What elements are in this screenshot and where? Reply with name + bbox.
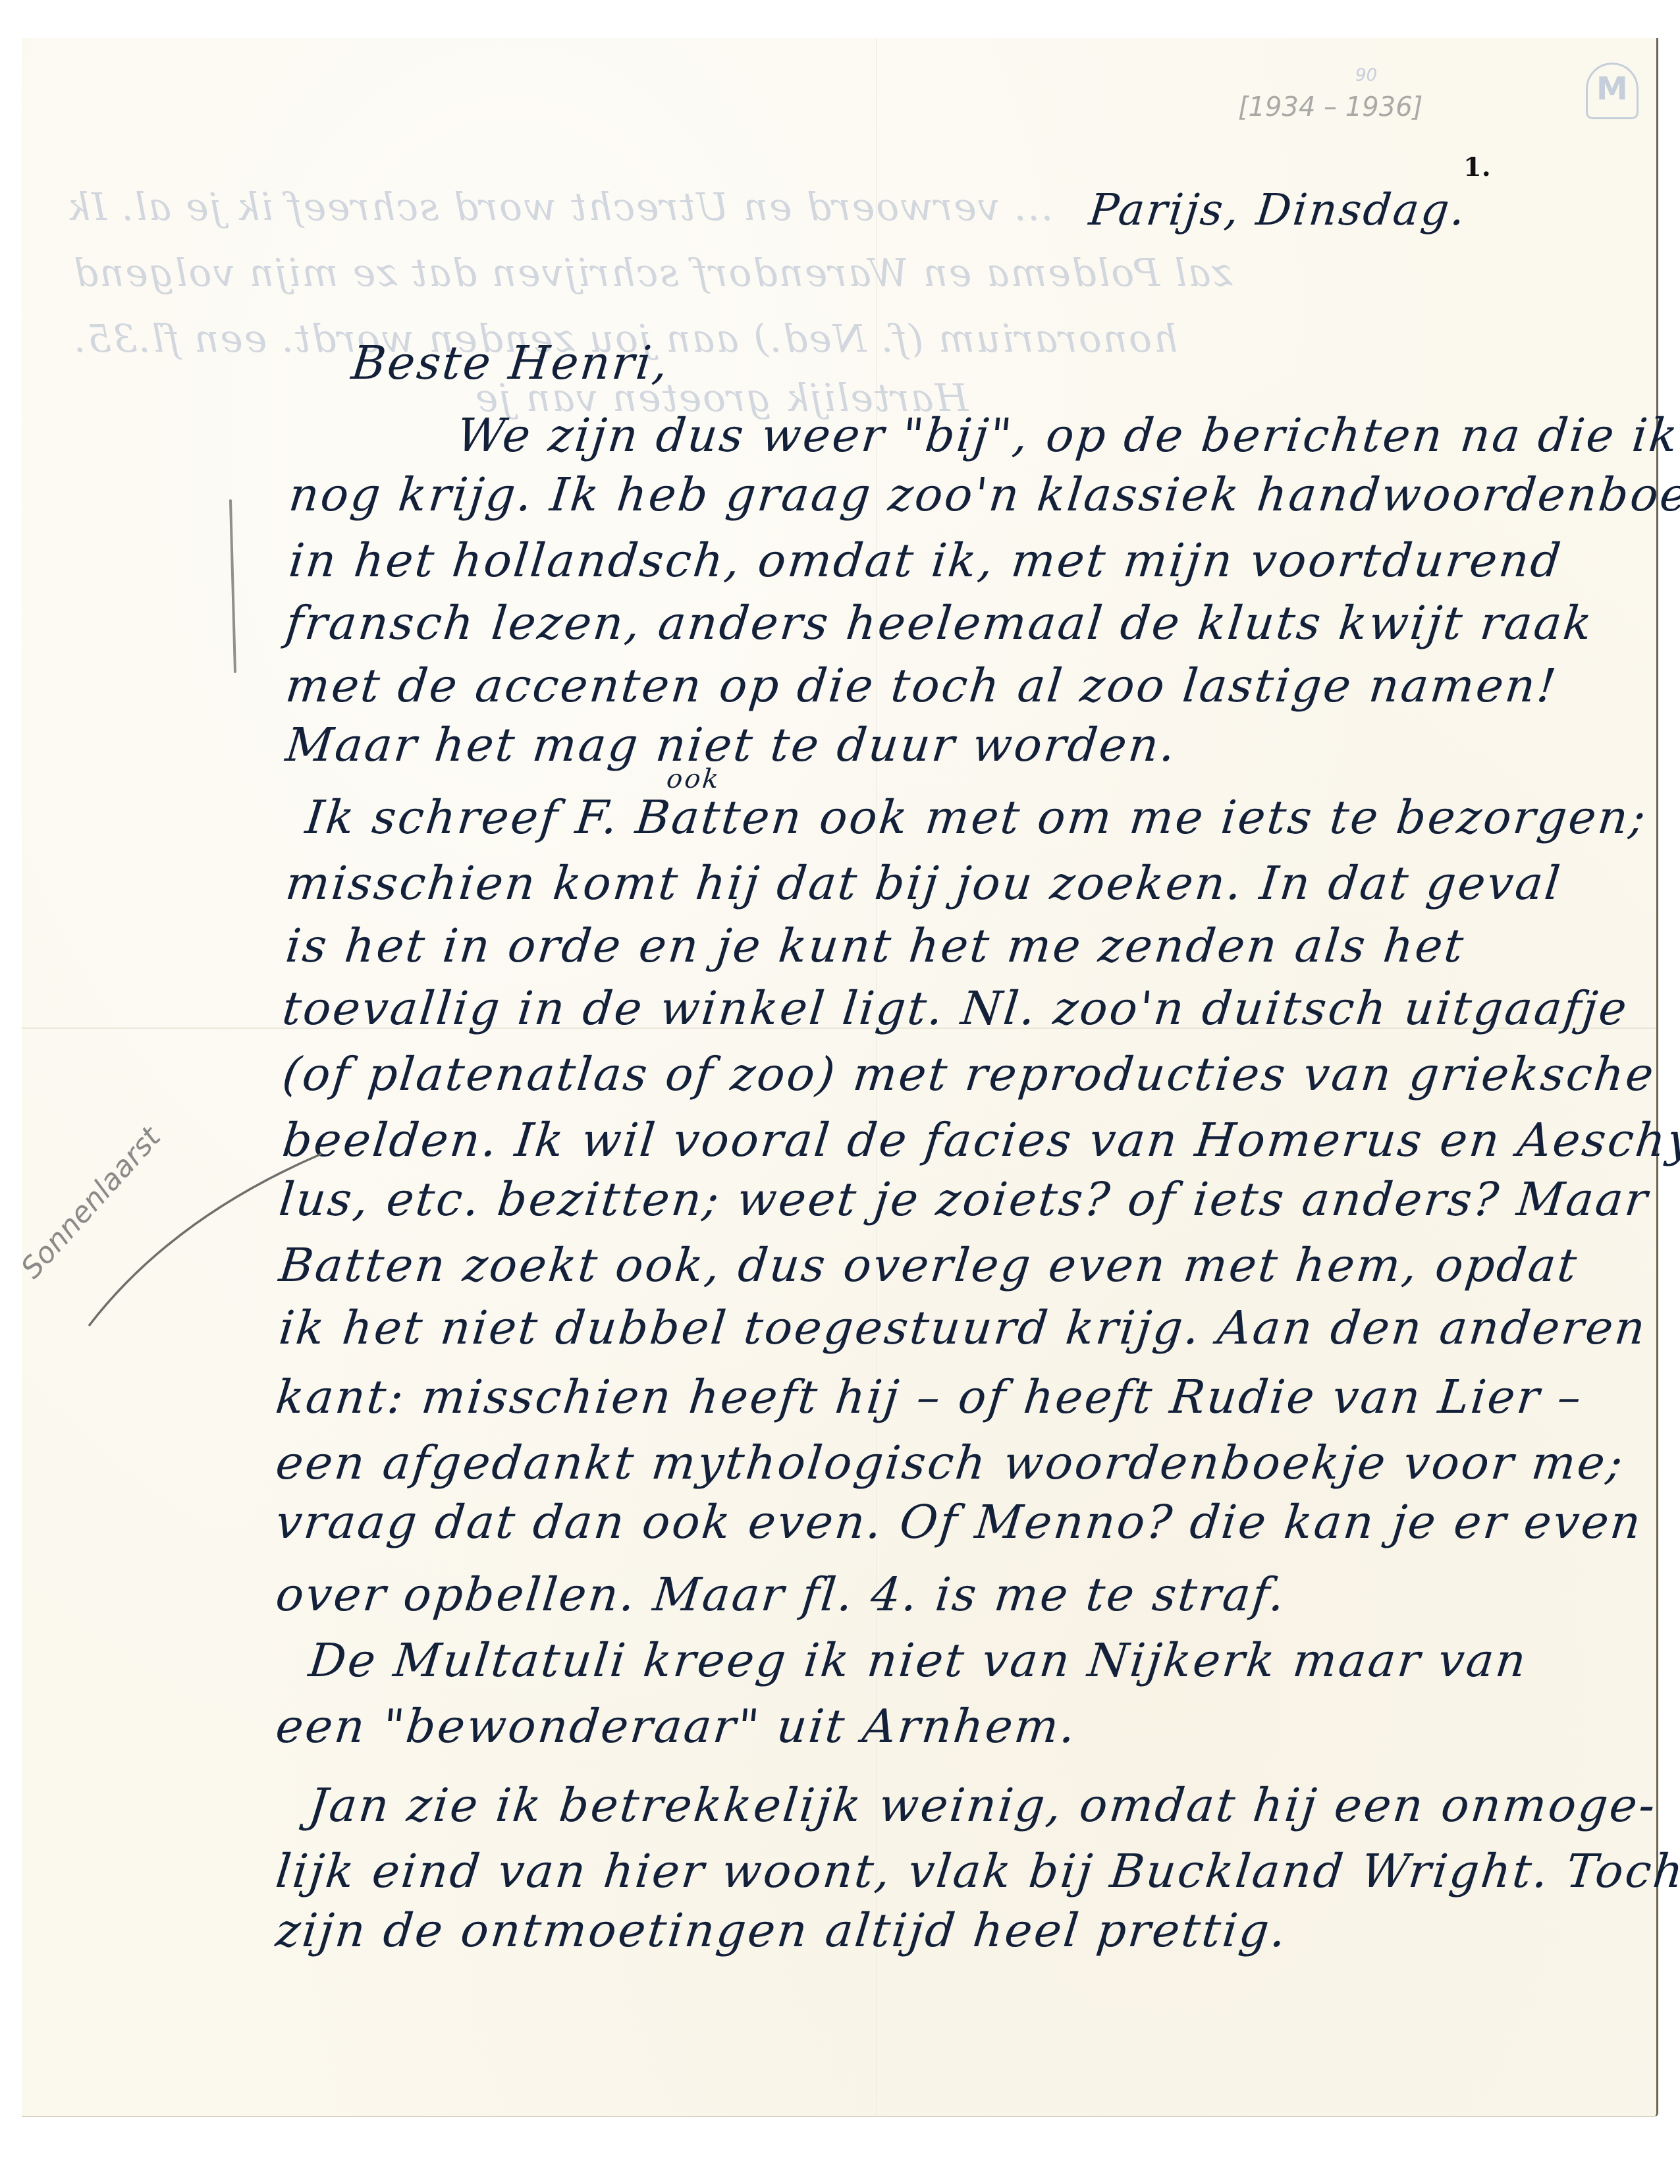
pencil-margin-marks <box>0 0 1680 2184</box>
pencil-vertical-line <box>230 501 235 672</box>
